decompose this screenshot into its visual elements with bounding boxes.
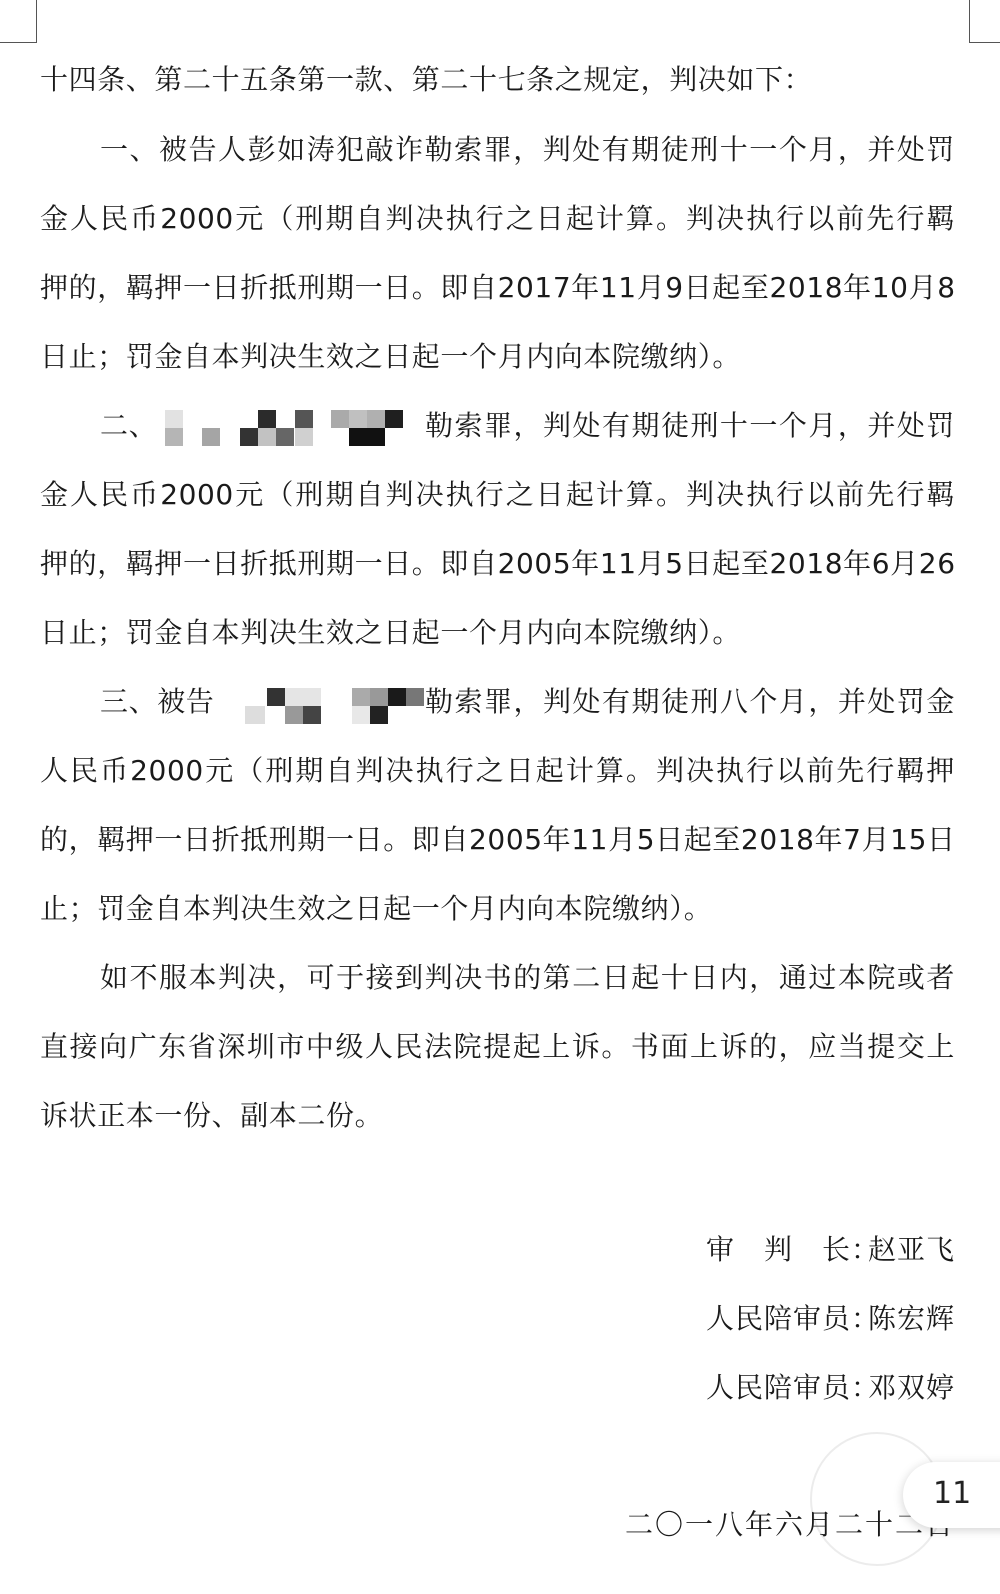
text-line: 一、被告人彭如涛犯敲诈勒索罪，判处有期徒刑十一个月，并处罚 [40, 128, 955, 172]
text-line: 止；罚金自本判决生效之日起一个月内向本院缴纳）。 [40, 887, 712, 931]
text-line-item2-prefix: 二、 [100, 404, 157, 448]
text-line: 如不服本判决，可于接到判决书的第二日起十日内，通过本院或者 [40, 956, 955, 1000]
signature-label-presiding-judge: 审 判 长： [706, 1228, 880, 1272]
text-line: 的，羁押一日折抵刑期一日。即自2005年11月5日起至2018年7月15日 [40, 818, 955, 862]
text-line: 金人民币2000元（刑期自判决执行之日起计算。判决执行以前先行羁 [40, 473, 955, 517]
text-line: 勒索罪，判处有期徒刑十一个月，并处罚 [425, 404, 955, 448]
text-line: 人民币2000元（刑期自判决执行之日起计算。判决执行以前先行羁押 [40, 749, 955, 793]
signature-name-juror-1: 陈宏辉 [868, 1297, 955, 1341]
page-corner-mark-left [0, 0, 37, 43]
text-line: 金人民币2000元（刑期自判决执行之日起计算。判决执行以前先行羁 [40, 197, 955, 241]
page-corner-mark-right [969, 0, 1000, 43]
text-line: 日止；罚金自本判决生效之日起一个月内向本院缴纳）。 [40, 611, 741, 655]
page-number: 11 [933, 1472, 971, 1516]
text-line: 勒索罪，判处有期徒刑八个月，并处罚金 [425, 680, 955, 724]
text-line: 直接向广东省深圳市中级人民法院提起上诉。书面上诉的，应当提交上 [40, 1025, 955, 1069]
page-number-indicator[interactable]: 11 [903, 1462, 1000, 1528]
text-line: 诉状正本一份、副本二份。 [40, 1094, 383, 1138]
signature-name-juror-2: 邓双婷 [868, 1366, 955, 1410]
redacted-name [165, 408, 415, 448]
redacted-name [245, 686, 425, 726]
signature-label-juror-1: 人民陪审员： [706, 1297, 880, 1341]
text-line: 日止；罚金自本判决生效之日起一个月内向本院缴纳）。 [40, 335, 741, 379]
text-line-item3-prefix: 三、被告 [100, 680, 214, 724]
text-line: 押的，羁押一日折抵刑期一日。即自2005年11月5日起至2018年6月26 [40, 542, 955, 586]
signature-name-presiding-judge: 赵亚飞 [868, 1228, 955, 1272]
text-line: 十四条、第二十五条第一款、第二十七条之规定，判决如下： [40, 58, 812, 102]
signature-label-juror-2: 人民陪审员： [706, 1366, 880, 1410]
text-line: 押的，羁押一日折抵刑期一日。即自2017年11月9日起至2018年10月8 [40, 266, 955, 310]
